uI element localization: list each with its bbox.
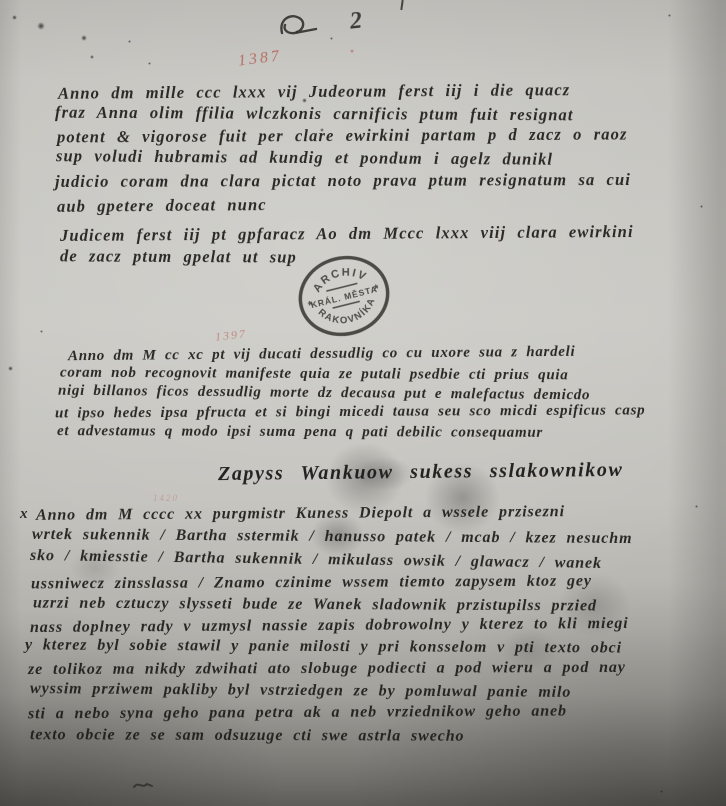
entry-1420-line: y kterez byl sobie stawil y panie milost… — [25, 636, 622, 657]
entry-1397-line: nigi billanos ficos dessudlig morte dz d… — [58, 383, 590, 405]
ink-speck — [128, 40, 131, 43]
ink-speck — [700, 205, 703, 208]
red-ink-speck — [350, 49, 354, 53]
ink-speck — [8, 366, 13, 371]
entry-1420-line: wyssim prziwem pakliby byl vstrziedgen z… — [30, 680, 571, 702]
margin-cross-mark: x — [20, 506, 29, 523]
entry-1387-line: judicio coram dna clara pictat noto prav… — [55, 170, 631, 192]
ink-speck — [81, 35, 87, 41]
ink-speck — [12, 15, 17, 20]
entry-1420-line: ussniwecz zinsslassa / Znamo czinime wss… — [31, 573, 592, 594]
entry-1387-line: aub gpetere doceat nunc — [57, 195, 267, 217]
bottom-ink-mark — [132, 779, 154, 791]
entry-1387-line: potent & vigorose fuit per clare ewirkin… — [57, 125, 628, 148]
entry-1420-line: wrtek sukennik / Bartha sstermik / hanus… — [32, 526, 633, 548]
entry-1420-line: ze tolikoz ma nikdy zdwihati ato slobuge… — [28, 659, 626, 679]
entry-1397-line: et advestamus q modo ipsi suma pena q pa… — [57, 423, 543, 442]
entry-1420-line: texto obcie ze se sam odsuzuge cti swe a… — [30, 726, 465, 746]
marginal-date-1420: 1420 — [153, 493, 179, 503]
entry-1387-line: Anno dm mille ccc lxxx vij Judeorum fers… — [58, 80, 570, 104]
marginal-date-1387: 1387 — [237, 47, 283, 70]
page-number: 2 — [349, 7, 365, 35]
ink-speck — [695, 505, 698, 508]
entry-1420-line: sko / kmiesstie / Bartha sukennik / miku… — [30, 547, 602, 573]
entry-1420-line: sti a nebo syna geho pana petra ak a neb… — [28, 703, 567, 724]
manuscript-page: 2 1387 1397 1420 Anno dm mille ccc lxxx … — [0, 0, 726, 806]
ink-speck — [40, 330, 43, 333]
scribal-paraph-mark — [278, 12, 320, 42]
entry-1387-line: fraz Anna olim ffilia wlczkonis carnific… — [55, 103, 574, 126]
marginal-date-1397: 1397 — [214, 326, 247, 344]
ink-speck — [148, 62, 151, 65]
archive-stamp: ARCHIV KRÁL. MĚSTA * * RAKOVNÍKA — [285, 241, 403, 351]
entry-1397-line: Anno dm M cc xc pt vij ducati dessudlig … — [68, 344, 575, 365]
note-1388-line: de zacz ptum gpelat ut sup — [60, 246, 297, 267]
ink-speck — [37, 22, 45, 30]
section-heading: Zapyss Wankuow sukess sslakownikow — [218, 459, 624, 486]
entry-1420-line: uzrzi neb cztuczy slysseti bude ze Wanek… — [33, 595, 597, 616]
note-1388-line: Judicem ferst iij pt gpfaracz Ao dm Mccc… — [60, 222, 634, 246]
ink-speck — [330, 37, 333, 40]
ink-speck — [668, 14, 671, 17]
entry-1420-line: Anno dm M cccc xx purgmistr Kuness Diepo… — [36, 503, 565, 525]
entry-1387-line: sup voludi hubramis ad kundig et pondum … — [56, 146, 553, 169]
ink-speck — [660, 790, 663, 793]
entry-1420-line: nass doplney rady v uzmysl nassie zapis … — [30, 615, 629, 637]
entry-1397-line: ut ipso hedes ipsa pfructa et si bingi m… — [55, 402, 645, 422]
top-edge-tick — [400, 0, 403, 10]
ink-speck — [90, 55, 94, 59]
entry-1397-line: coram nob recognovit manifeste quia ze p… — [60, 365, 569, 385]
